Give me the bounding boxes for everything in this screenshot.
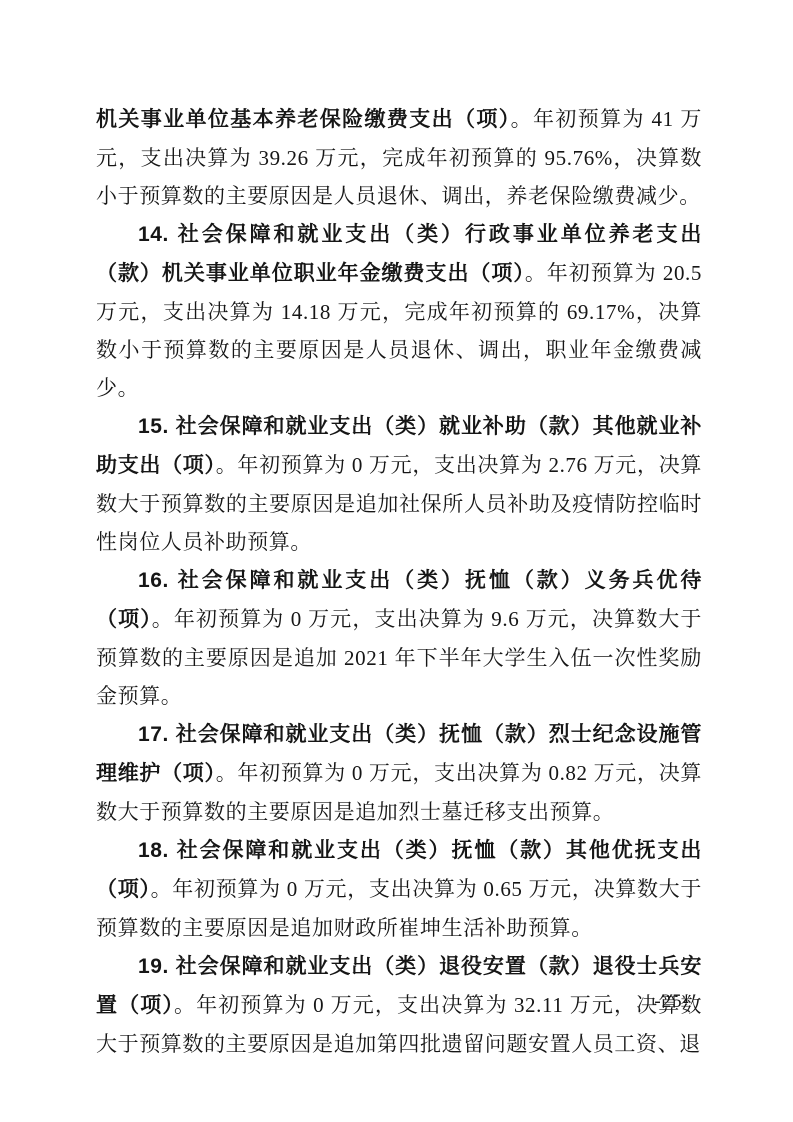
paragraph: 17. 社会保障和就业支出（类）抚恤（款）烈士纪念设施管理维护（项）。年初预算为…: [96, 715, 702, 831]
page-number: -25-: [654, 991, 690, 1013]
paragraph: 16. 社会保障和就业支出（类）抚恤（款）义务兵优待（项）。年初预算为 0 万元…: [96, 561, 702, 715]
paragraph: 15. 社会保障和就业支出（类）就业补助（款）其他就业补助支出（项）。年初预算为…: [96, 407, 702, 561]
paragraph-heading: 机关事业单位基本养老保险缴费支出（项）: [96, 108, 511, 131]
paragraph: 14. 社会保障和就业支出（类）行政事业单位养老支出（款）机关事业单位职业年金缴…: [96, 215, 702, 407]
paragraph: 19. 社会保障和就业支出（类）退役安置（款）退役士兵安置（项）。年初预算为 0…: [96, 947, 702, 1063]
paragraph-body: 。年初预算为 0 万元，支出决算为 32.11 万元，决算数大于预算数的主要原因…: [96, 993, 702, 1056]
paragraph: 机关事业单位基本养老保险缴费支出（项）。年初预算为 41 万元，支出决算为 39…: [96, 100, 702, 215]
paragraph-body: 。年初预算为 0 万元，支出决算为 0.65 万元，决算数大于预算数的主要原因是…: [96, 877, 702, 940]
document-page: 机关事业单位基本养老保险缴费支出（项）。年初预算为 41 万元，支出决算为 39…: [0, 0, 793, 1122]
paragraph-body: 。年初预算为 0 万元，支出决算为 9.6 万元，决算数大于预算数的主要原因是追…: [96, 607, 702, 708]
text-block: 机关事业单位基本养老保险缴费支出（项）。年初预算为 41 万元，支出决算为 39…: [96, 100, 702, 1063]
paragraph: 18. 社会保障和就业支出（类）抚恤（款）其他优抚支出（项）。年初预算为 0 万…: [96, 831, 702, 947]
